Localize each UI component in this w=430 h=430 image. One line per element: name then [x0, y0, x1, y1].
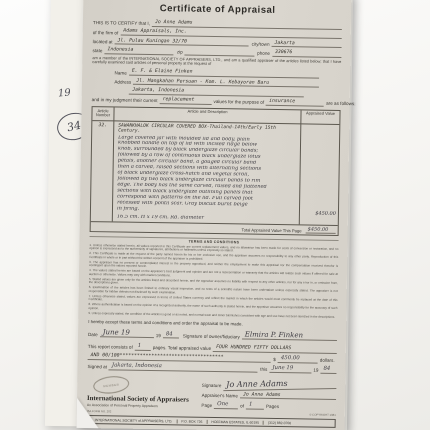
city-label: city/town [252, 41, 270, 47]
certificate-of-appraisal-document: Certificate of Appraisal THIS IS TO CERT… [77, 0, 352, 430]
acceptance-signature-row: Date June 19 19 84 Signature of owner/fi… [88, 328, 337, 341]
article-title: SAWANKHALOK CIRCULAR COVERED BOX-Thailan… [118, 123, 297, 136]
phone-label: phone [257, 51, 270, 57]
client-name-label: Name [114, 70, 126, 76]
owner-signature: Elmira P. Finken [242, 330, 337, 341]
signed-at-label: Signed at [87, 364, 107, 370]
footer-city: HOFFMAN ESTATES, IL 60195 [206, 420, 263, 425]
located-label: located at [93, 39, 113, 45]
state-field: Indonesia [104, 47, 174, 55]
margin-note-19: 19 [58, 87, 72, 99]
footer-society-name: INTERNATIONAL SOCIETY of APPRAISERS, LTD… [91, 418, 177, 423]
year-prefix: 19 [156, 333, 161, 339]
report-pages-field: 1 [135, 343, 151, 351]
acceptance-date-field: June 19 [100, 328, 154, 338]
acceptance-statement: I hereby accept these terms and conditio… [88, 319, 337, 328]
appraiser-name-value: Jo Anne Adams [240, 392, 336, 400]
state-label: state [92, 48, 102, 54]
amount-numeric: 450.00 [278, 355, 318, 363]
footer-phone: (312) 882-0706 [263, 421, 295, 426]
society-subtitle: An Association of Personal Property Appr… [87, 403, 202, 409]
member-statement: am a member of the INTERNATIONAL SOCIETY… [92, 56, 341, 70]
terms-and-conditions: TERMS AND CONDITIONS 1. Unless otherwise… [88, 236, 338, 319]
pages-label: Pages [266, 404, 279, 410]
copyright-note: © COPYRIGHT 1981 [201, 411, 336, 417]
amount-in-words-2: AND 00/100******************************… [88, 353, 271, 363]
signed-year-field: 84 [320, 366, 336, 374]
total-value-label: pages. Total appraised value [153, 345, 211, 351]
of-label: of [240, 404, 244, 410]
amount-in-words: FOUR HUNDRED FIFTY DOLLARS [213, 345, 337, 354]
firm-label: of the firm of [93, 30, 119, 36]
client-address-row: Address Jl. Mangkahan Persuan - Kom. L. … [114, 78, 318, 88]
page-number-field: One [214, 401, 238, 409]
article-number-cell: 32. [91, 121, 115, 222]
photo-of-document: 19 34 Certificate of Appraisal THIS IS T… [0, 0, 430, 430]
address-field: Jl. Pulau Kuningan 32/70 [114, 38, 248, 47]
client-address-row-2: Jakarta, Indonesia [129, 87, 303, 96]
member-stamp-icon: MEMBER [92, 374, 130, 395]
appraiser-name-field: Jo Anne Adams [152, 20, 342, 30]
col-article-number: Article Number [92, 107, 114, 121]
pages-total-field: 1 [246, 402, 264, 410]
judgment-purpose-field: insurance [266, 99, 324, 107]
total-value: $450.00 [306, 226, 336, 233]
zip-label: zip [177, 49, 183, 55]
dollars-label: dollars. [320, 358, 335, 364]
signed-at-field: Jakarta, Indonesia [109, 362, 257, 372]
society-and-signoff: MEMBER International Society of Appraise… [87, 374, 337, 418]
client-address-label: Address [114, 79, 131, 85]
footer-address-bar: INTERNATIONAL SOCIETY of APPRAISERS, LTD… [87, 415, 336, 428]
judgment-mid-label: values for the purpose of [214, 99, 265, 105]
phone-field: 330676 [272, 50, 342, 58]
client-name-field: E. F. & Elaine Finken [129, 69, 319, 79]
date-label: Date [88, 332, 98, 338]
appraiser-name-row: Appraiser's Name Jo Anne Adams [202, 391, 337, 400]
appraiser-signature: Jo Anne Adams [223, 378, 336, 391]
page-label: Page [201, 403, 212, 409]
footer-po-box: P.O. BOX 726 [176, 419, 206, 423]
judgment-row: and in my judgment their current replace… [92, 96, 341, 107]
appraised-value-cell: $450.00 [300, 124, 340, 225]
signed-at-row: Signed at Jakarta, Indonesia this June 1… [87, 362, 336, 373]
judgment-post-label: are as follows: [326, 101, 355, 107]
society-block: MEMBER International Society of Appraise… [87, 374, 202, 416]
signature-label: Signature [202, 383, 222, 389]
total-label: Total Appraised Value This Page [241, 227, 301, 233]
certify-label: THIS IS TO CERTIFY that I, [93, 20, 150, 26]
document-title: Certificate of Appraisal [93, 2, 342, 17]
dollar-sign: $ [273, 357, 276, 363]
client-address-field-2: Jakarta, Indonesia [129, 87, 303, 96]
city-field: Jakarta [271, 40, 341, 48]
client-address-field: Jl. Mangkahan Persuan - Kom. L. Kebayora… [133, 78, 318, 88]
appraiser-signature-row: Signature Jo Anne Adams [202, 378, 337, 391]
form-number-note: ISA FORM NO. 202 [87, 410, 202, 415]
consists-label: This report consists of [88, 344, 133, 350]
signed-year-prefix: 19 [313, 368, 318, 374]
owner-signature-label: Signature of owner/fiduciary [183, 333, 240, 339]
appraised-value: $450.00 [315, 210, 336, 216]
firm-field: Adams Appraisals, Inc. [120, 29, 342, 39]
client-name-row: Name E. F. & Elaine Finken [114, 69, 318, 79]
appraiser-name-label: Appraiser's Name [202, 393, 238, 399]
acceptance-year-field: 84 [163, 331, 179, 339]
judgment-basis-field: replacement [160, 97, 212, 105]
judgment-pre-label: and in my judgment their current [92, 97, 158, 104]
appraisal-table: Article Number Article and Description A… [90, 106, 341, 236]
col-appraised-value: Appraised Value [301, 110, 339, 124]
zip-field [185, 49, 255, 56]
page-count-row: Page One of 1 Pages [201, 401, 336, 411]
article-description-cell: SAWANKHALOK CIRCULAR COVERED BOX-Thailan… [113, 121, 302, 224]
signed-date-field: June 19 [269, 365, 311, 373]
signoff-block: Signature Jo Anne Adams Appraiser's Name… [201, 375, 336, 417]
this-label: this [260, 367, 267, 373]
